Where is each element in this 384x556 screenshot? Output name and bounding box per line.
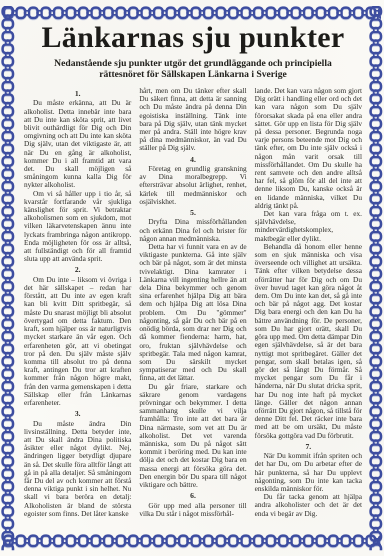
paragraph: Företag en grundlig granskning av Dina m… <box>139 165 246 206</box>
paragraph: Det kan vara fråga om t. ex. självhävdel… <box>255 210 362 243</box>
paragraph: Dryfta Dina missförhållanden och erkänn … <box>139 218 246 243</box>
paragraph: Om vi så håller upp i tio år, så kvarstå… <box>24 190 131 264</box>
subtitle-line-2: rättesnöret för Sällskapen Länkarna i Sv… <box>24 69 362 80</box>
section-number: 1. <box>24 90 131 98</box>
subtitle-line-1: Nedanstående sju punkter utgör det grund… <box>24 58 362 69</box>
paragraph: Du måste erkänna, att Du är alkoholist. … <box>24 99 131 189</box>
section-number: 6. <box>139 492 246 500</box>
text-column-2: hårt, men om Du tänker efter skall Du sä… <box>139 87 246 518</box>
text-columns: 1.Du måste erkänna, att Du är alkoholist… <box>24 87 362 518</box>
chain-border-right-icon <box>369 6 383 550</box>
chain-border-left-icon <box>1 6 15 550</box>
section-number: 7. <box>255 443 362 451</box>
section-number: 2. <box>24 266 131 274</box>
chain-border-top-icon <box>3 6 381 20</box>
section-number: 3. <box>24 410 131 418</box>
paragraph: Du måste ändra Din livsinställning. Dett… <box>24 420 131 518</box>
paragraph: Gör upp med alla personer till vilka Du … <box>139 502 246 518</box>
page-title: Länkarnas sju punkter <box>24 22 362 54</box>
text-column-3: lande. Det kan vara någon som gjort Dig … <box>255 87 362 518</box>
paragraph: Behandla då honom eller henne som en sju… <box>255 243 362 440</box>
paragraph: lande. Det kan vara någon som gjort Dig … <box>255 87 362 210</box>
scanned-document-page: { "page": { "title": "Länkarnas sju punk… <box>0 0 384 556</box>
paragraph: Detta har vi funnit vara en av de viktig… <box>139 243 246 382</box>
text-column-1: 1.Du måste erkänna, att Du är alkoholist… <box>24 87 131 518</box>
document-content: Länkarnas sju punkter Nedanstående sju p… <box>24 22 362 518</box>
page-subtitle: Nedanstående sju punkter utgör det grund… <box>24 58 362 80</box>
paragraph: Om Du inte – liksom vi övriga i det här … <box>24 276 131 407</box>
section-number: 5. <box>139 209 246 217</box>
paragraph: Du får tacka genom att hjälpa andra alko… <box>255 493 362 518</box>
paragraph: hårt, men om Du tänker efter skall Du sä… <box>139 87 246 153</box>
paragraph: Du går friare, starkare och säkrare geno… <box>139 383 246 490</box>
chain-border-bottom-icon <box>3 534 381 548</box>
paragraph: När Du kommit ifrån spriten och det har … <box>255 452 362 493</box>
section-number: 4. <box>139 156 246 164</box>
